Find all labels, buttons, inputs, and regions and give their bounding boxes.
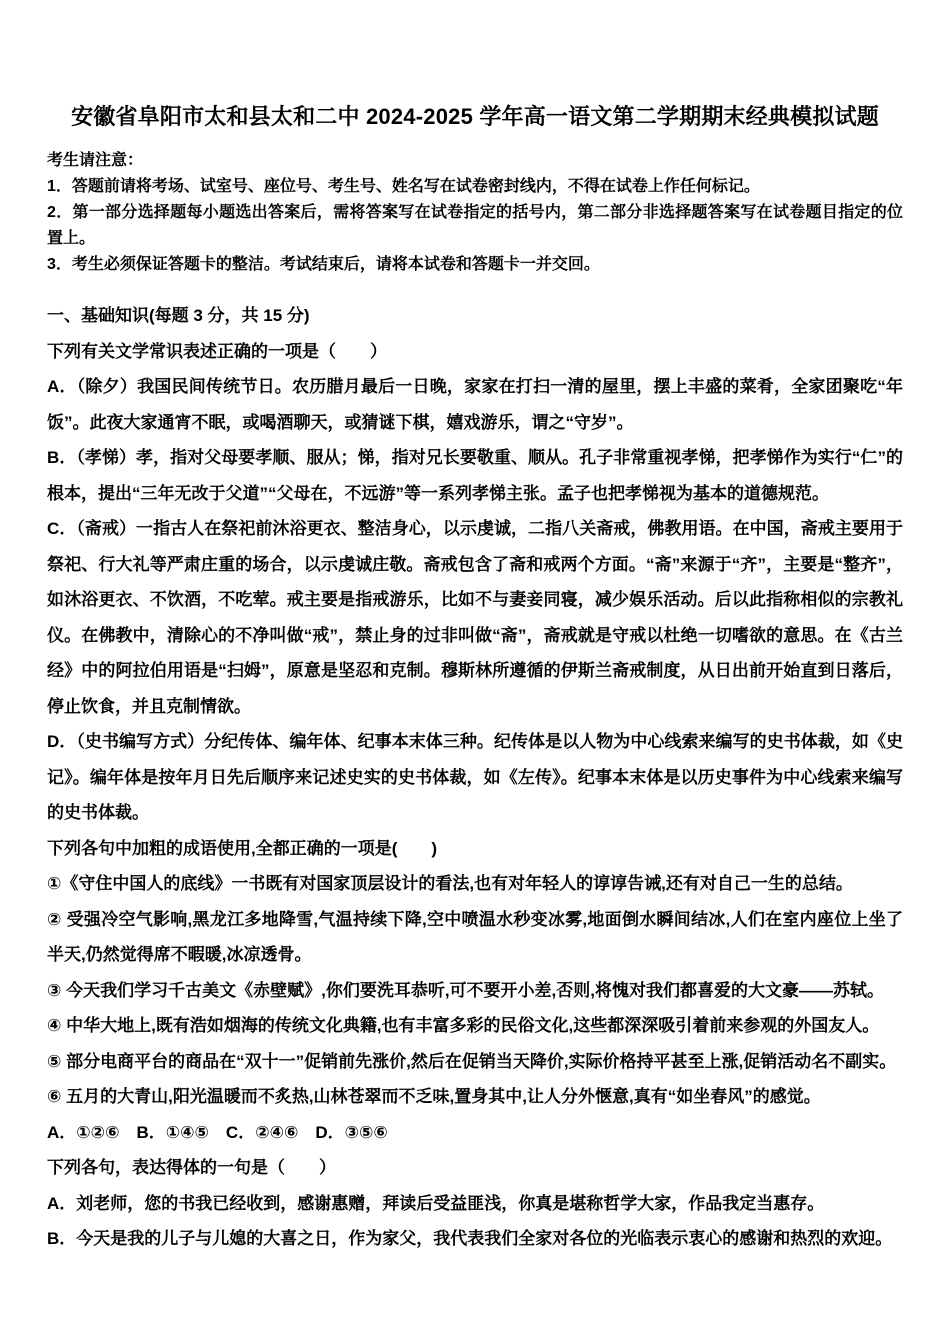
q2-sentence-5: ⑤ 部分电商平台的商品在“双十一”促销前先涨价,然后在促销当天降价,实际价格持平… bbox=[47, 1044, 903, 1080]
q2-answer-choices: A．①②⑥ B．①④⑤ C．②④⑥ D．③⑤⑥ bbox=[47, 1115, 903, 1151]
q1-option-c: C．（斋戒）一指古人在祭祀前沐浴更衣、整洁身心，以示虔诚，二指八关斋戒，佛教用语… bbox=[47, 511, 903, 724]
q2-sentence-3: ③ 今天我们学习千古美文《赤壁赋》,你们要洗耳恭听,可不要开小差,否则,将愧对我… bbox=[47, 973, 903, 1009]
q2-sentence-4: ④ 中华大地上,既有浩如烟海的传统文化典籍,也有丰富多彩的民俗文化,这些都深深吸… bbox=[47, 1008, 903, 1044]
q1-option-d: D．（史书编写方式）分纪传体、编年体、纪事本末体三种。纪传体是以人物为中心线索来… bbox=[47, 724, 903, 831]
q3-option-b: B．今天是我的儿子与儿媳的大喜之日，作为家父，我代表我们全家对各位的光临表示衷心… bbox=[47, 1221, 903, 1257]
notice-item-3: 3．考生必须保证答题卡的整洁。考试结束后，请将本试卷和答题卡一并交回。 bbox=[47, 252, 903, 278]
section-1-heading: 一、基础知识(每题 3 分，共 15 分) bbox=[47, 298, 903, 334]
q1-stem: 下列有关文学常识表述正确的一项是（ ） bbox=[47, 334, 903, 370]
q2-stem: 下列各句中加粗的成语使用,全都正确的一项是( ) bbox=[47, 831, 903, 867]
exam-document: 安徽省阜阳市太和县太和二中 2024-2025 学年高一语文第二学期期末经典模拟… bbox=[0, 0, 950, 1344]
q1-option-a: A．（除夕）我国民间传统节日。农历腊月最后一日晚，家家在打扫一清的屋里，摆上丰盛… bbox=[47, 369, 903, 440]
exam-body: 一、基础知识(每题 3 分，共 15 分) 下列有关文学常识表述正确的一项是（ … bbox=[47, 298, 903, 1257]
notice-heading: 考生请注意： bbox=[47, 148, 903, 174]
notice-section: 考生请注意： 1．答题前请将考场、试室号、座位号、考生号、姓名写在试卷密封线内，… bbox=[47, 148, 903, 278]
q3-stem: 下列各句，表达得体的一句是（ ） bbox=[47, 1150, 903, 1186]
q1-option-b: B．（孝悌）孝，指对父母要孝顺、服从；悌，指对兄长要敬重、顺从。孔子非常重视孝悌… bbox=[47, 440, 903, 511]
q2-sentence-6: ⑥ 五月的大青山,阳光温暖而不炙热,山林苍翠而不乏味,置身其中,让人分外惬意,真… bbox=[47, 1079, 903, 1115]
notice-item-1: 1．答题前请将考场、试室号、座位号、考生号、姓名写在试卷密封线内，不得在试卷上作… bbox=[47, 174, 903, 200]
q2-sentence-2: ② 受强冷空气影响,黑龙江多地降雪,气温持续下降,空中喷温水秒变冰雾,地面倒水瞬… bbox=[47, 902, 903, 973]
q2-sentence-1: ①《守住中国人的底线》一书既有对国家顶层设计的看法,也有对年轻人的谆谆告诫,还有… bbox=[47, 866, 903, 902]
page-title: 安徽省阜阳市太和县太和二中 2024-2025 学年高一语文第二学期期末经典模拟… bbox=[47, 102, 903, 132]
q3-option-a: A．刘老师，您的书我已经收到，感谢惠赠，拜读后受益匪浅，你真是堪称哲学大家，作品… bbox=[47, 1186, 903, 1222]
notice-item-2: 2．第一部分选择题每小题选出答案后，需将答案写在试卷指定的括号内，第二部分非选择… bbox=[47, 200, 903, 252]
